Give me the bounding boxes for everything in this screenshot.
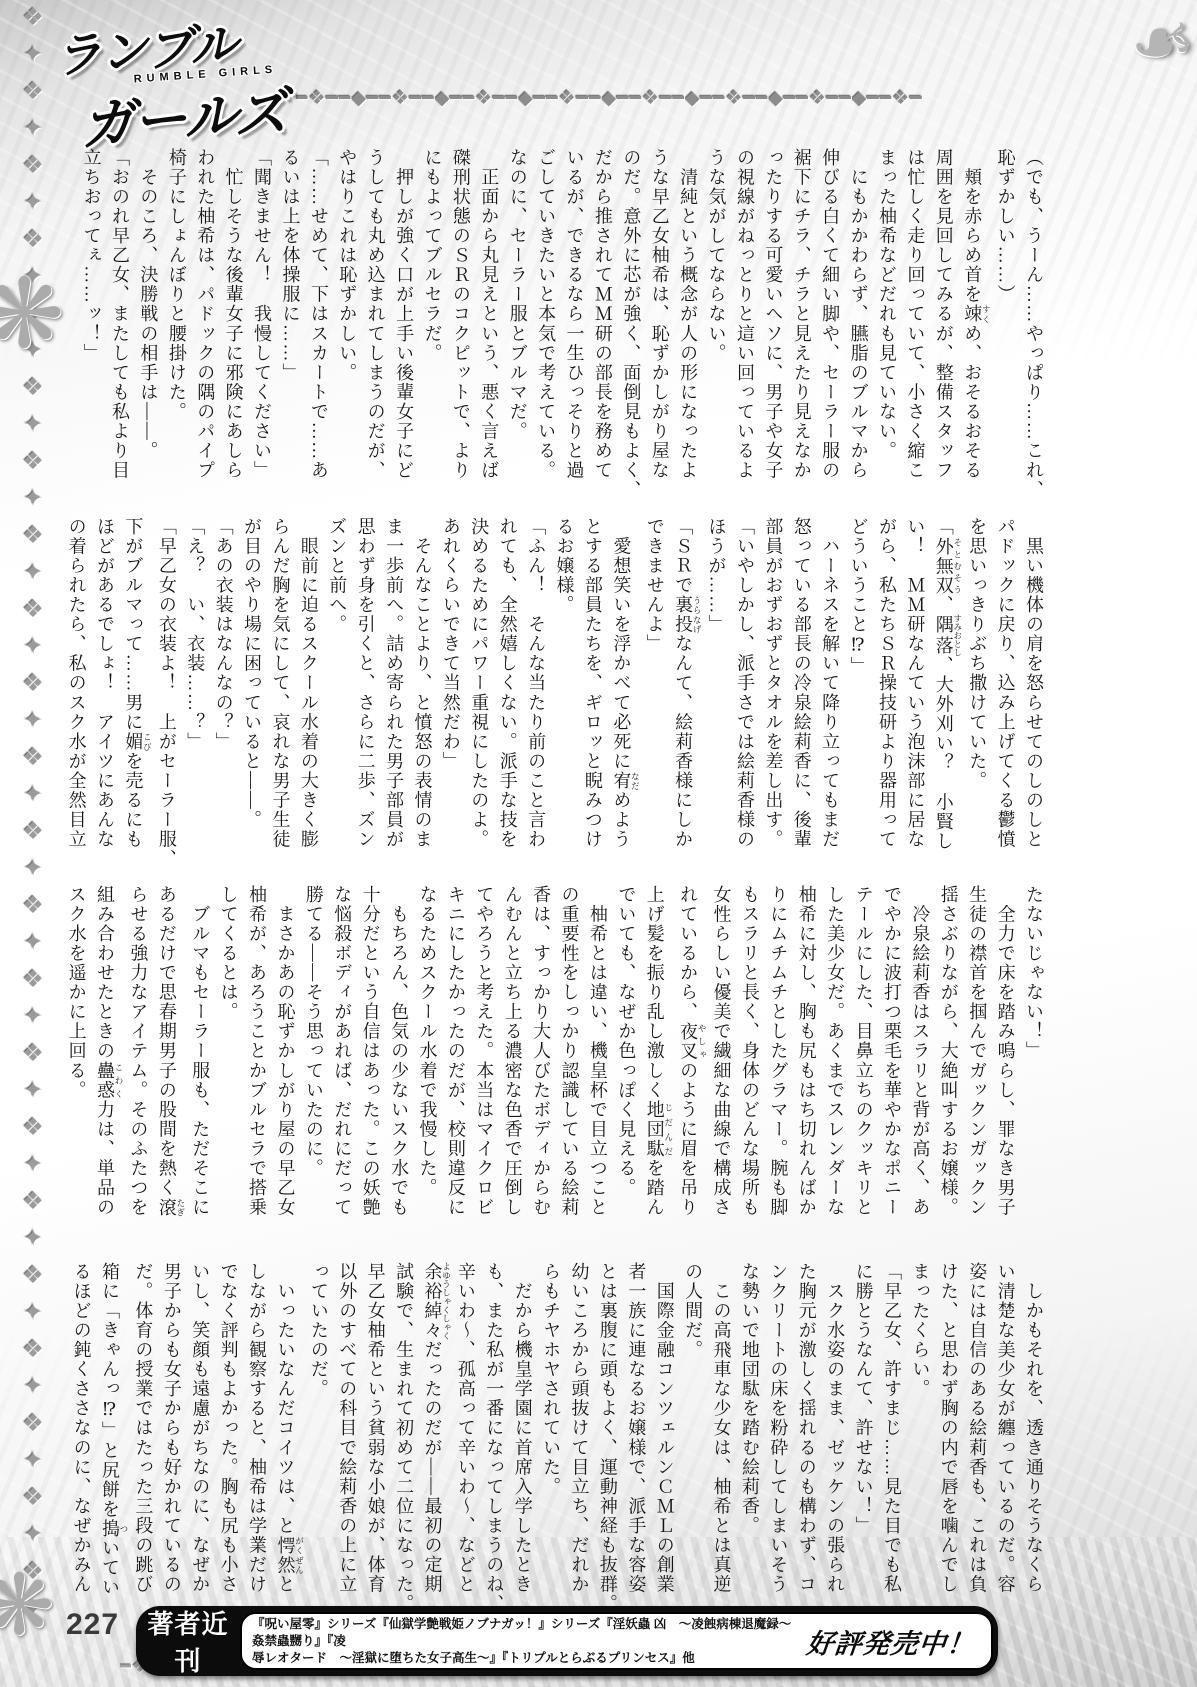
- text-column: 立ちおってぇ……ッ！」: [77, 148, 105, 500]
- text-column: うな早乙女柚希は、恥ずかしがり屋な: [645, 148, 673, 500]
- text-column: 全力で床を踏み鳴らし、罪なき男子: [991, 885, 1019, 1237]
- author-books-panel: 『呪い屋零』シリーズ『仙獄学艶戦姫ノブナガッ！』シリーズ『淫妖蟲 凶 〜凌蝕病棟…: [240, 1612, 993, 1670]
- text-column: 「早乙女の衣装よ！ 上がセーラー服、: [152, 517, 180, 869]
- text-column: 「おのれ早乙女、またしても私より目: [106, 148, 134, 500]
- text-column: 者一族に連なるお嬢様で、派手な容姿: [622, 1262, 650, 1614]
- text-column: いし、笑顔も遠慮がちなのに、なぜか: [186, 1262, 214, 1614]
- text-column: 女性らしい優美で繊細な曲線で構成さ: [707, 885, 735, 1237]
- snowflake-ornament-icon: [0, 258, 64, 370]
- text-column: っていたのだ。: [304, 1262, 332, 1614]
- text-column: 「……せめて、下はスカートで……あ: [304, 148, 332, 500]
- text-column: るいは上を体操服に……」: [276, 148, 304, 500]
- text-column: 上げ髪を振り乱し激しく地団駄じだんだを踏ん: [640, 885, 673, 1237]
- text-column: 十分だという自信はあった。この妖艶: [356, 885, 384, 1237]
- on-sale-badge: 好評発売中！: [805, 1622, 977, 1661]
- text-column: らんだ胸を気にして、哀れな男子生徒: [266, 517, 294, 869]
- text-column: 磔刑状態のＳＲのコクピットで、より: [446, 148, 474, 500]
- text-column: れているから、夜叉やしゃのように眉を吊り: [674, 885, 707, 1237]
- text-band-4: しかもそれを、透き通りそうなくらい清楚な美少女が纏っているのだ。容姿には自信のあ…: [72, 1262, 1048, 1614]
- text-column: 「いやしかし、派手さでは絵莉香様の: [731, 517, 759, 869]
- text-column: 勝てる——そう思っていたのに。: [299, 885, 327, 1237]
- text-column: パドックに戻り、込み上げてくる鬱憤: [991, 517, 1019, 869]
- text-column: まった柚希などだれも見ていない。: [873, 148, 901, 500]
- text-column: 椅子にしょんぼりと腰掛けた。: [162, 148, 190, 500]
- text-column: できませんよ」: [640, 517, 668, 869]
- text-column: がら、私たちＳＲ操技研より器用って: [873, 517, 901, 869]
- text-band-2: 黒い機体の肩を怒らせてのしのしとパドックに戻り、込み上げてくる鬱憤を思いっきりぶ…: [72, 517, 1048, 869]
- text-column: 国際金融コンツェルンＣＭＬの創業: [650, 1262, 678, 1614]
- text-column: ンクリートの床を粉砕してしまいそう: [764, 1262, 792, 1614]
- text-column: 「ふん！ そんな当たり前のこと言わ: [522, 517, 550, 869]
- text-column: 「え？ い、衣装……？」: [181, 517, 209, 869]
- text-column: りにムチムチとしたグラマー。腕も脚: [764, 885, 792, 1237]
- text-column: いるが、できるなら一生ひっそりと過: [560, 148, 588, 500]
- text-column: どういうこと⁉」: [844, 517, 872, 869]
- text-column: 思わず身を引くと、さらに二歩、ズン: [351, 517, 379, 869]
- text-column: 黒い機体の肩を怒らせてのしのしと: [1020, 517, 1048, 869]
- text-column: 生徒の襟首を掴んでガックンガックン: [963, 885, 991, 1237]
- text-column: 伸びる白くて細い脚や、セーラー服の: [816, 148, 844, 500]
- text-column: 眼前に迫るスクール水着の大きく膨: [294, 517, 322, 869]
- author-books-label: 著者近刊: [136, 1604, 240, 1678]
- text-column: でやかに波打つ栗毛を華やかなポニー: [878, 885, 906, 1237]
- text-column: ったりする可愛いヘソに、男子や女子: [759, 148, 787, 500]
- corner-flourish-icon: [1124, 0, 1197, 92]
- text-column: の人間だ。: [679, 1262, 707, 1614]
- text-column: やはりこれは恥ずかしい。: [333, 148, 361, 500]
- text-column: 「早乙女、許すまじ……見た目でも私: [878, 1262, 906, 1614]
- text-column: 柚希が、あろうことかブルセラで搭乗: [243, 885, 271, 1237]
- text-column: 清純という概念が人の形になったよ: [674, 148, 702, 500]
- text-column: しかもそれを、透き通りそうなくら: [1020, 1262, 1048, 1614]
- text-column: ほうが……」: [702, 517, 730, 869]
- text-column: 男子からも女子からも好かれているの: [157, 1262, 185, 1614]
- text-column: キニにしたかったのだが、校則違反に: [441, 885, 469, 1237]
- text-column: にもかかわらず、臙脂のブルマから: [844, 148, 872, 500]
- text-column: い清楚な美少女が纏っているのだ。容: [991, 1262, 1019, 1614]
- author-books-bar: 著者近刊 『呪い屋零』シリーズ『仙獄学艶戦姫ノブナガッ！』シリーズ『淫妖蟲 凶 …: [136, 1606, 998, 1676]
- text-column: けた、と思わず胸の内で唇を噛んでし: [934, 1262, 962, 1614]
- text-column: ハーネスを解いて降り立ってもまだ: [816, 517, 844, 869]
- text-column: 「聞きません！ 我慢してください」: [248, 148, 276, 500]
- text-column: 揺さぶりながら、大絶叫するお嬢様。: [934, 885, 962, 1237]
- text-column: そんなことより、と憤怒の表情のま: [408, 517, 436, 869]
- text-column: 幼いころから頭抜けて目立ち、だれか: [565, 1262, 593, 1614]
- series-logo: ランブル RUMBLE GIRLS ガールズ: [51, 2, 288, 162]
- text-column: ズンと前へ。: [323, 517, 351, 869]
- text-column: そのころ、決勝戦の相手は——。: [134, 148, 162, 500]
- text-column: なのに、セーラー服とブルマだ。: [503, 148, 531, 500]
- text-column: だから推されてＭＭ研の部長を務めて: [589, 148, 617, 500]
- page-number: 227: [66, 1608, 119, 1642]
- text-column: 頬を赤らめ首を竦すくめ、おそるおそる: [958, 148, 991, 500]
- text-column: は忙しく走り回っていて、小さく縮こ: [901, 148, 929, 500]
- text-column: テールにした、目鼻立ちのクッキリと: [849, 885, 877, 1237]
- text-column: だ。体育の授業ではたった三段の跳び: [129, 1262, 157, 1614]
- text-column: 柚希とは違い、機皇杯で目立つこと: [584, 885, 612, 1237]
- text-column: してくるとは。: [214, 885, 242, 1237]
- text-column: も、また私が一番になってしまうのね、: [480, 1262, 508, 1614]
- text-column: 以外のすべての科目で絵莉香の上に立: [333, 1262, 361, 1614]
- text-band-1: （でも、うーん……やっぱり……これ、恥ずかしい……） 頬を赤らめ首を竦すくめ、お…: [72, 148, 1048, 500]
- text-column: 「あの衣装はなんなの？」: [209, 517, 237, 869]
- text-column: うしても丸め込まれてしまうのだが、: [361, 148, 389, 500]
- book-list-line1: 『呪い屋零』シリーズ『仙獄学艶戦姫ノブナガッ！』シリーズ『淫妖蟲 凶 〜凌蝕病棟…: [252, 1616, 799, 1650]
- text-band-3: たないじゃない！」 全力で床を踏み鳴らし、罪なき男子生徒の襟首を掴んでガックンガ…: [72, 885, 1048, 1237]
- text-column: るほどの鈍くささなのに、なぜかみん: [67, 1262, 95, 1614]
- text-column: しながら観察すると、柚希は学業だけ: [243, 1262, 271, 1614]
- text-column: の視線がねっとりと這い回っているよ: [731, 148, 759, 500]
- text-column: ま一歩前へ。詰め寄られた男子部員が: [380, 517, 408, 869]
- text-column: らせる強力なアイテム。そのふたつを: [124, 885, 152, 1237]
- text-column: 決めるためにパワー重視にしたのよ。: [465, 517, 493, 869]
- text-column: 余裕綽々よゆうしゃくしゃくだったのだが——最初の定期: [418, 1262, 451, 1614]
- text-column: んむんと立ち上る濃密な色香で圧倒し: [498, 885, 526, 1237]
- text-column: るお嬢様。: [550, 517, 578, 869]
- text-column: 柚希に対し、胸も尻もはち切れんばか: [792, 885, 820, 1237]
- text-column: スク水を遥かに上回る。: [62, 885, 90, 1237]
- text-column: （でも、うーん……やっぱり……これ、: [1020, 148, 1048, 500]
- text-column: ごしていきたいと本気で考えている。: [532, 148, 560, 500]
- text-column: でいても、なぜか色っぽく見える。: [612, 885, 640, 1237]
- text-column: 愛想笑いを浮かべて必死に宥なだめよう: [607, 517, 640, 869]
- text-column: もちろん、色気の少ないスク水でも: [385, 885, 413, 1237]
- text-column: らもチヤホヤされていた。: [537, 1262, 565, 1614]
- text-column: われた柚希は、パドックの隅のパイプ: [191, 148, 219, 500]
- text-column: 「外無双そとむそう、隅落すみおとし、大外刈い？ 小賢し: [929, 517, 962, 869]
- text-column: とは裏腹に頭もよく、運動神経も抜群。: [594, 1262, 622, 1614]
- text-column: 早乙女柚希という貧弱な小娘が、体育: [361, 1262, 389, 1614]
- text-column: ブルマもセーラー服も、ただそこに: [186, 885, 214, 1237]
- text-column: の着られたら、私のスク水が全然目立: [62, 517, 90, 869]
- text-column: のだ。意外に芯が強く、面倒見もよく、: [617, 148, 645, 500]
- text-column: 周囲を見回してみるが、整備スタッフ: [929, 148, 957, 500]
- text-column: な勢いで地団駄を踏む絵莉香。: [736, 1262, 764, 1614]
- snowflake-ornament-icon: [0, 1556, 54, 1655]
- text-column: 試験で、生まれて初めて二位になった。: [390, 1262, 418, 1614]
- text-column: した美少女だ。あくまでスレンダーな: [821, 885, 849, 1237]
- text-column: ほどがあるでしょ！ アイツにあんな: [91, 517, 119, 869]
- text-column: 辛いわ〜、孤高って辛いわ〜、などと: [451, 1262, 479, 1614]
- text-column: まったくらい。: [906, 1262, 934, 1614]
- text-column: 裾下にチラ、チラと見えたり見えなか: [787, 148, 815, 500]
- text-column: 押しが強く口が上手い後輩女子にど: [390, 148, 418, 500]
- text-column: だから機皇学園に首席入学したとき: [508, 1262, 536, 1614]
- text-column: 冷泉絵莉香はスラリと背が高く、あ: [906, 885, 934, 1237]
- text-column: 「ＳＲで裏投うらなげなんて、絵莉香様にしか: [669, 517, 702, 869]
- left-ornament-border: [4, 0, 62, 1687]
- text-column: 箱に「きゃんっ⁉」と尻餅を搗ついてい: [96, 1262, 129, 1614]
- text-column: 組み合わせたときの蠱惑こわく力は、単品の: [91, 885, 124, 1237]
- text-column: 香は、すっかり大人びたボディからむ: [527, 885, 555, 1237]
- text-column: 恥ずかしい……）: [991, 148, 1019, 500]
- text-column: なるためスクール水着で我慢した。: [413, 885, 441, 1237]
- text-column: の重要性をしっかり認識している絵莉: [555, 885, 583, 1237]
- text-column: な悩殺ボディがあれば、だれにだって: [328, 885, 356, 1237]
- text-column: まさかあの恥ずかしがり屋の早乙女: [271, 885, 299, 1237]
- logo-title-line2: ガールズ: [78, 69, 288, 160]
- text-column: この高飛車な少女は、柚希とは真逆: [707, 1262, 735, 1614]
- text-column: うな気がしてならない。: [702, 148, 730, 500]
- text-column: もスラリと長く、身体のどんな場所も: [736, 885, 764, 1237]
- text-column: 忙しそうな後輩女子に邪険にあしら: [219, 148, 247, 500]
- book-list: 『呪い屋零』シリーズ『仙獄学艶戦姫ノブナガッ！』シリーズ『淫妖蟲 凶 〜凌蝕病棟…: [242, 1616, 807, 1667]
- text-column: 怒っている部長の冷泉絵莉香に、後輩: [787, 517, 815, 869]
- text-column: 姿には自信のある絵莉香も、これは負: [963, 1262, 991, 1614]
- text-column: た胸元が激しく揺れるのも構わず、コ: [792, 1262, 820, 1614]
- text-column: いったいなんだコイツは、と愕然がくぜんと: [271, 1262, 304, 1614]
- text-column: 正面から丸見えという、悪く言えば: [475, 148, 503, 500]
- text-column: あるだけで思春期男子の股間を熱く滾たぎ: [152, 885, 185, 1237]
- text-column: 部員がおずおずとタオルを差し出す。: [759, 517, 787, 869]
- text-column: 下がブルマって……男に媚こびを売るにも: [119, 517, 152, 869]
- text-column: れても、全然嬉しくない。派手な技を: [493, 517, 521, 869]
- text-column: たないじゃない！」: [1020, 885, 1048, 1237]
- text-column: にもよってブルセラだ。: [418, 148, 446, 500]
- top-ornament-border: [296, 82, 1182, 116]
- text-column: てやろうと考えた。本当はマイクロビ: [470, 885, 498, 1237]
- text-column: でなく評判もよかった。胸も尻も小さ: [214, 1262, 242, 1614]
- book-list-line2: 辱レオタード 〜淫獄に堕ちた女子高生〜』『トリプルとらぶるプリンセス』他: [252, 1650, 799, 1667]
- text-column: い！ ＭＭ研なんていう泡沫部に居な: [901, 517, 929, 869]
- text-column: が目のやり場に困っていると——。: [238, 517, 266, 869]
- text-column: を思いっきりぶち撒けていた。: [963, 517, 991, 869]
- text-column: あれくらいできて当然だわ」: [436, 517, 464, 869]
- text-column: に勝とうなんて、許せない！」: [849, 1262, 877, 1614]
- text-column: スク水姿のまま、ゼッケンの張られ: [821, 1262, 849, 1614]
- text-column: とする部員たちを、ギロッと睨みつけ: [579, 517, 607, 869]
